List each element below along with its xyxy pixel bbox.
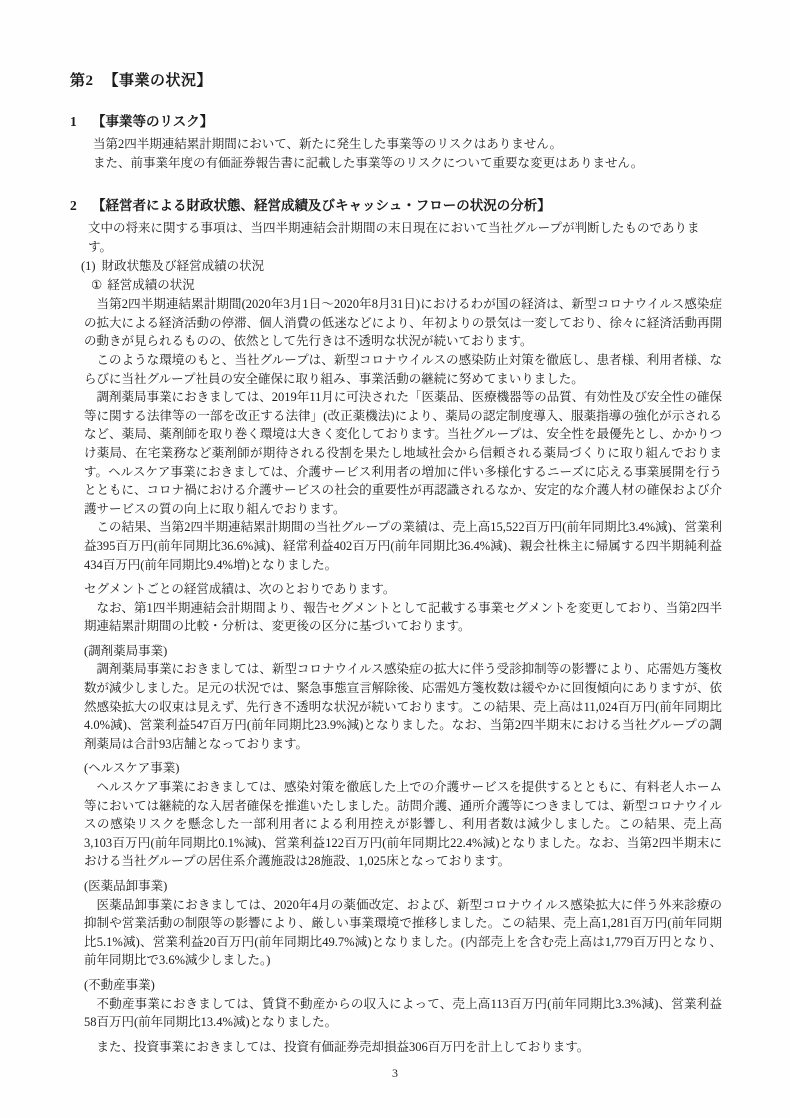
risk-paragraph-1: 当第2四半期連結累計期間において、新たに発生した事業等のリスクはありません。 [93,135,722,154]
subsection-1-title: 財政状態及び経営成績の状況 [102,259,265,273]
chapter-number: 第2 [70,73,94,89]
section-2-heading: 2【経営者による財政状態、経営成績及びキャッシュ・フローの状況の分析】 [70,196,722,216]
subsection-2-number: ① [91,278,102,292]
segment-intro-paragraph: セグメントごとの経営成績は、次のとおりであります。 [84,580,722,599]
subsection-1-number: (1) [81,259,96,273]
segment-label-pharmacy: (調剤薬局事業) [84,642,722,661]
real-estate-segment-paragraph: 不動産事業におきましては、賃貸不動産からの収入によって、売上高113百万円(前年… [84,995,722,1032]
consolidated-results-paragraph: この結果、当第2四半期連結累計期間の当社グループの業績は、売上高15,522百万… [84,518,722,574]
section-1-title: 【事業等のリスク】 [92,114,213,129]
section-1-number: 1 [70,112,92,132]
forward-looking-note: 文中の将来に関する事項は、当四半期連結会計期間の末日現在において当社グループが判… [70,219,722,257]
section-1-heading: 1【事業等のリスク】 [70,112,722,132]
operating-results-body: 当第2四半期連結累計期間(2020年3月1日～2020年8月31日)におけるわが… [84,295,722,1056]
subsection-1-heading: (1)財政状態及び経営成績の状況 [70,257,722,276]
section-business-risk: 1【事業等のリスク】 当第2四半期連結累計期間において、新たに発生した事業等のリ… [70,112,722,172]
pharmacy-segment-paragraph: 調剤薬局事業におきましては、新型コロナウイルス感染症の拡大に伴う受診抑制等の影響… [84,660,722,753]
covid-response-paragraph: このような環境のもと、当社グループは、新型コロナウイルスの感染防止対策を徹底し、… [84,351,722,388]
subsection-2-title: 経営成績の状況 [107,278,195,292]
chapter-heading: 第2【事業の状況】 [70,70,722,92]
segment-change-note-paragraph: なお、第1四半期連結会計期間より、報告セグメントとして記載する事業セグメントを変… [84,599,722,636]
document-page: 第2【事業の状況】 1【事業等のリスク】 当第2四半期連結累計期間において、新た… [0,0,790,1118]
wholesale-segment-paragraph: 医薬品卸事業におきましては、2020年4月の薬価改定、および、新型コロナウイルス… [84,896,722,970]
section-management-analysis: 2【経営者による財政状態、経営成績及びキャッシュ・フローの状況の分析】 文中の将… [70,196,722,1056]
segment-label-healthcare: (ヘルスケア事業) [84,759,722,778]
page-content: 第2【事業の状況】 1【事業等のリスク】 当第2四半期連結累計期間において、新た… [70,70,722,1056]
investment-note-paragraph: また、投資事業におきましては、投資有価証券売却損益306百万円を計上しております… [84,1038,722,1057]
section-2-title: 【経営者による財政状態、経営成績及びキャッシュ・フローの状況の分析】 [92,198,551,213]
risk-paragraph-2: また、前事業年度の有価証券報告書に記載した事業等のリスクについて重要な変更はあり… [93,154,722,173]
section-1-body: 当第2四半期連結累計期間において、新たに発生した事業等のリスクはありません。 ま… [70,135,722,172]
subsection-2-heading: ①経営成績の状況 [70,276,722,295]
chapter-title: 【事業の状況】 [104,73,213,89]
healthcare-segment-paragraph: ヘルスケア事業におきましては、感染対策を徹底した上での介護サービスを提供するとと… [84,778,722,871]
segment-label-real-estate: (不動産事業) [84,976,722,995]
section-2-number: 2 [70,196,92,216]
page-number: 3 [0,1066,790,1081]
business-environment-paragraph: 調剤薬局事業におきましては、2019年11月に可決された「医薬品、医療機器等の品… [84,388,722,518]
economy-overview-paragraph: 当第2四半期連結累計期間(2020年3月1日～2020年8月31日)におけるわが… [84,295,722,351]
segment-label-drug-wholesale: (医薬品卸事業) [84,877,722,896]
